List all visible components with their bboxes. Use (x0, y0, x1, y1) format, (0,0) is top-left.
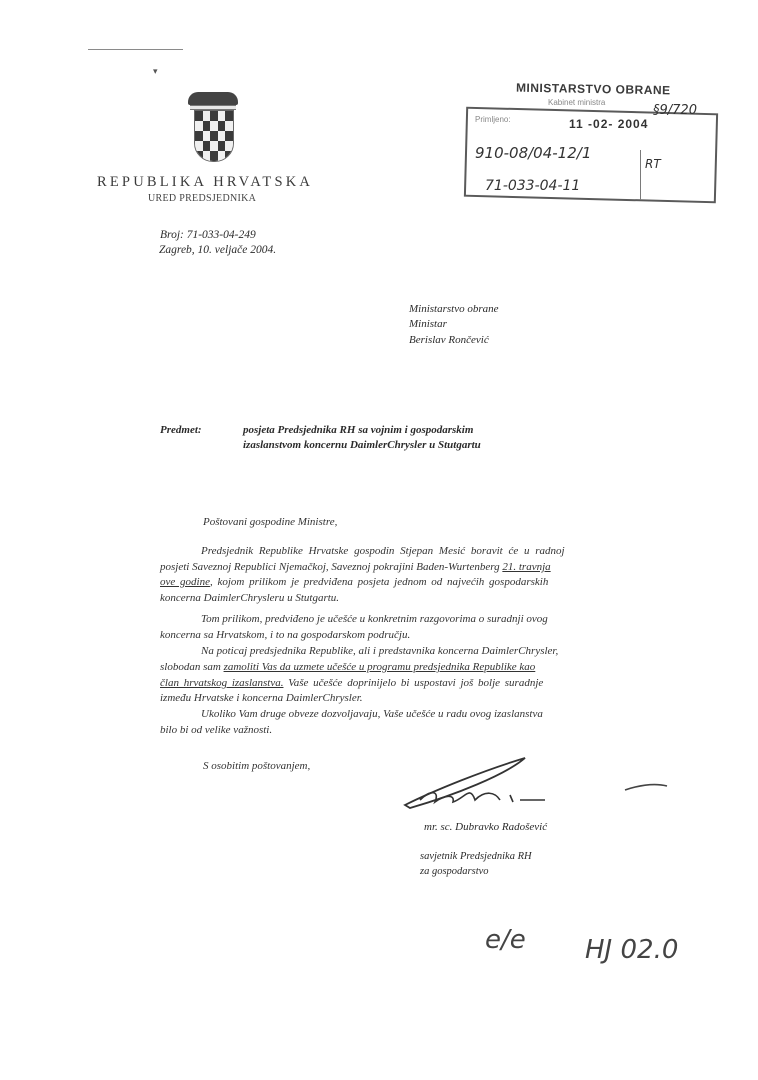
paragraph-2-line-2: koncerna sa Hrvatskom, i to na gospodars… (160, 629, 410, 641)
paragraph-3-line-4: između Hrvatske i koncerna DaimlerChrysl… (160, 692, 363, 704)
handwritten-note-1: e/e (485, 925, 526, 955)
paragraph-1-line-3: ove godine, kojom prilikom je predviđena… (160, 576, 548, 588)
paragraph-4-line-2: bilo bi od velike važnosti. (160, 724, 272, 736)
paragraph-1-line-2: posjeti Saveznoj Republici Njemačkoj, Sa… (160, 561, 551, 573)
subject-line-2: izaslanstvom koncernu DaimlerChrysler u … (243, 439, 481, 451)
stamp-urbroj: 71-033-04-11 (485, 178, 580, 194)
place-date: Zagreb, 10. veljače 2004. (159, 244, 276, 256)
recipient-line-2: Ministar (409, 318, 447, 330)
reference-number: Broj: 71-033-04-249 (160, 229, 256, 241)
stamp-subtitle: Kabinet ministra (548, 98, 605, 107)
underlined-text: 21. travnja (502, 561, 550, 573)
paragraph-3-line-2: slobodan sam zamoliti Vas da uzmete učeš… (160, 661, 535, 673)
stamp-received-label: Primljeno: (475, 115, 511, 124)
recipient-line-1: Ministarstvo obrane (409, 303, 499, 315)
paragraph-3-line-1: Na poticaj predsjednika Republike, ali i… (201, 645, 558, 657)
stamp-initials: RT (645, 157, 661, 171)
letterhead-office: URED PREDSJEDNIKA (148, 193, 256, 204)
paragraph-1-line-1: Predsjednik Republike Hrvatske gospodin … (201, 545, 565, 557)
scan-mark: ▾ (153, 66, 158, 77)
paragraph-1-line-4: koncerna DaimlerChrysleru u Stutgartu. (160, 592, 339, 604)
recipient-line-3: Berislav Rončević (409, 334, 489, 346)
signature-scribble-icon (395, 750, 675, 820)
closing: S osobitim poštovanjem, (203, 760, 310, 772)
text-span: posjeti Saveznoj Republici Njemačkoj, Sa… (160, 561, 502, 573)
stamp-handwritten-reference: §9/720 (653, 103, 697, 118)
text-span: , kojom prilikom je predviđena posjeta j… (210, 576, 548, 588)
paragraph-2-line-1: Tom prilikom, predviđeno je učešće u kon… (201, 613, 548, 625)
subject-line-1: posjeta Predsjednika RH sa vojnim i gosp… (243, 424, 473, 436)
paragraph-3-line-3: član hrvatskog izaslanstva. Vaše učešće … (160, 677, 543, 689)
handwritten-note-2: HJ 02.0 (585, 935, 678, 965)
text-span: slobodan sam (160, 661, 224, 673)
stamp-received-date: 11 -02- 2004 (569, 117, 648, 131)
stamp-divider (640, 150, 641, 200)
scan-mark-line (88, 49, 183, 50)
greeting: Poštovani gospodine Ministre, (203, 516, 337, 528)
signatory-title-1: savjetnik Predsjednika RH (420, 851, 532, 862)
underlined-text: član hrvatskog izaslanstva. (160, 677, 283, 689)
underlined-text: ove godine (160, 576, 210, 588)
signatory-name: mr. sc. Dubravko Radošević (424, 821, 547, 833)
stamp-title: MINISTARSTVO OBRANE (516, 81, 671, 98)
croatian-coat-of-arms-icon (188, 92, 238, 164)
paragraph-4-line-1: Ukoliko Vam druge obveze dozvoljavaju, V… (201, 708, 543, 720)
text-span: Vaše učešće doprinijelo bi uspostavi još… (283, 677, 543, 689)
letterhead-country: REPUBLIKA HRVATSKA (97, 174, 313, 191)
subject-label: Predmet: (160, 424, 202, 436)
signatory-title-2: za gospodarstvo (420, 866, 489, 877)
underlined-text: zamoliti Vas da uzmete učešće u programu… (224, 661, 536, 673)
stamp-classification: 910-08/04-12/1 (475, 144, 591, 162)
